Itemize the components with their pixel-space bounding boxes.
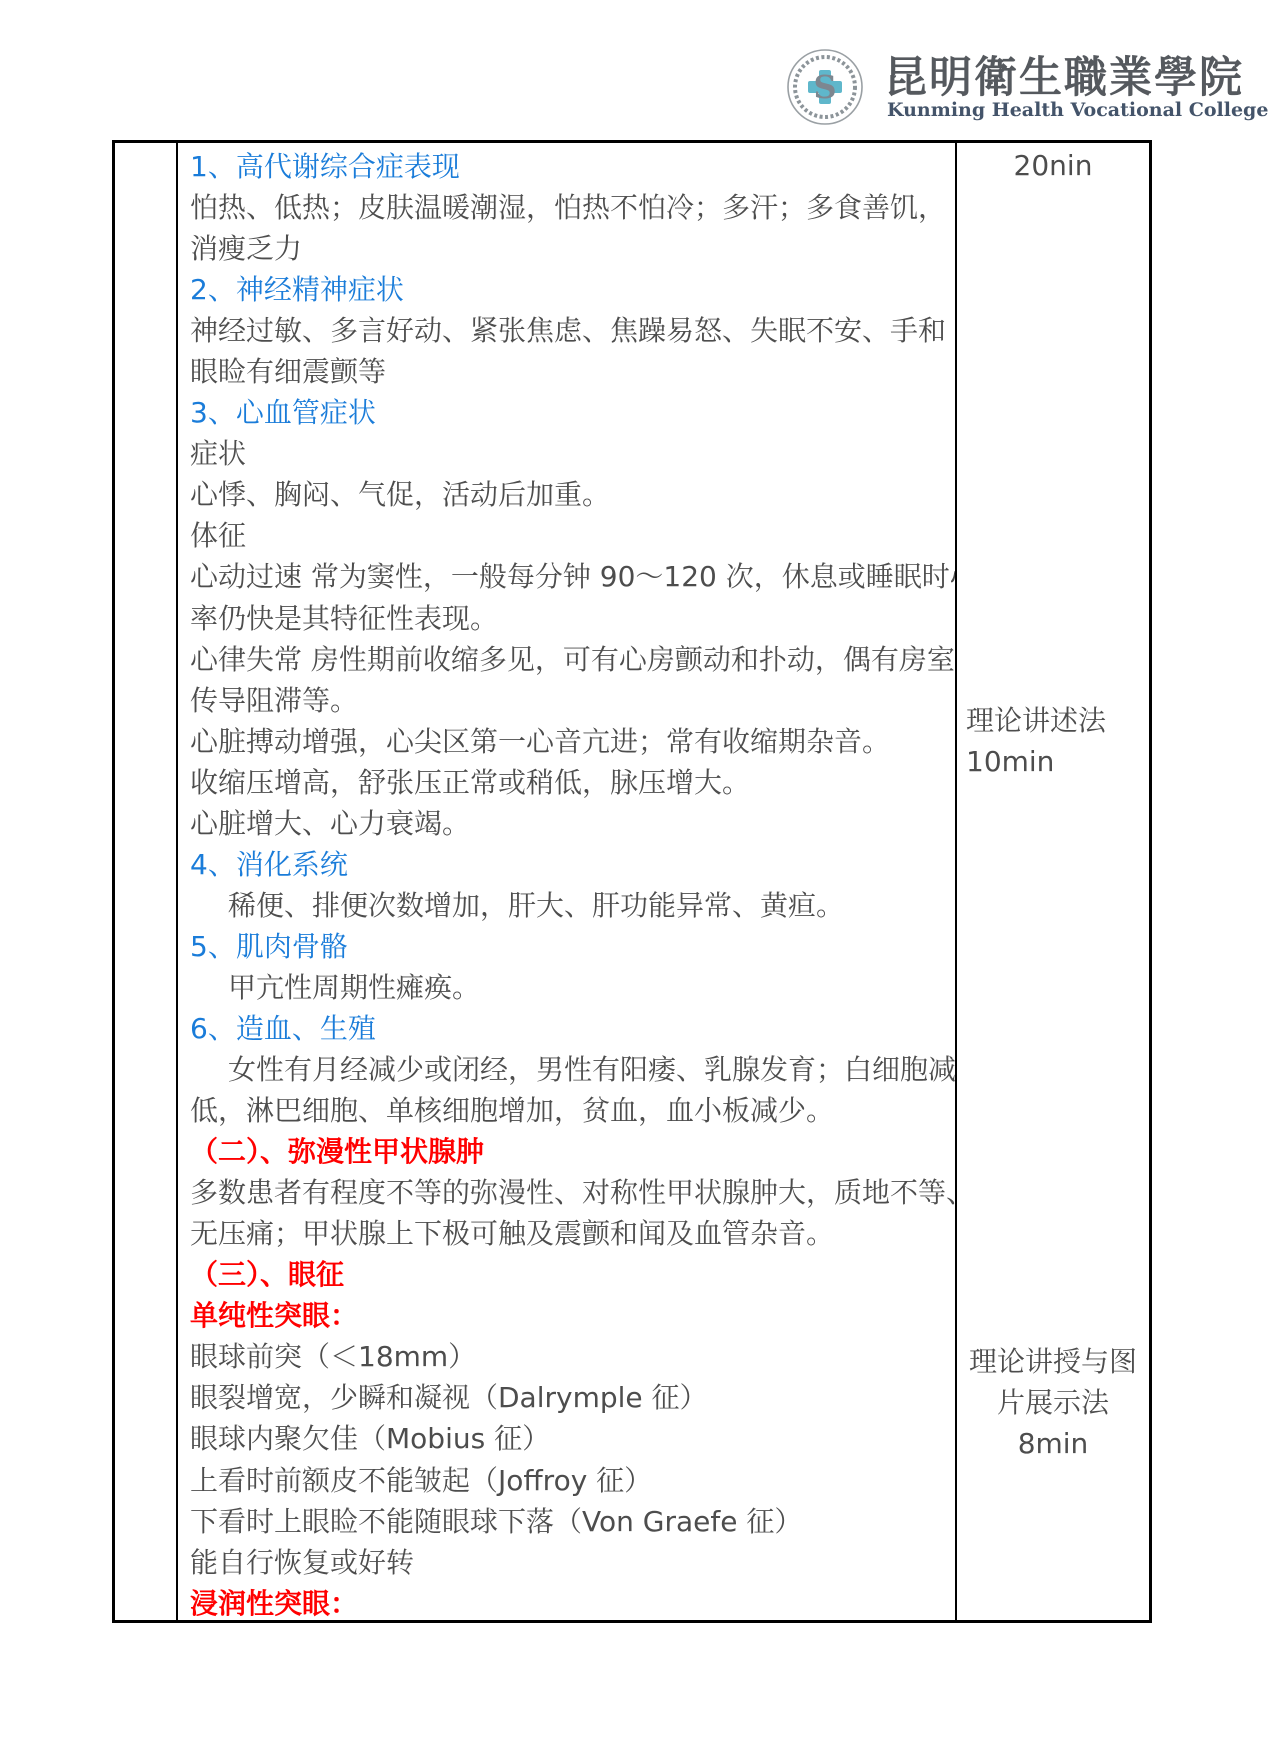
annotation-line: 理论讲述法 [966, 700, 1149, 741]
annotation-line: 10min [966, 741, 1149, 782]
content-line: 5、肌肉骨骼 [190, 926, 947, 967]
content-line: （二）、弥漫性甲状腺肿 [190, 1131, 947, 1172]
content-line: 眼球内聚欠佳（Mobius 征） [190, 1418, 947, 1459]
annotation-line: 20nin [957, 145, 1149, 186]
content-line: 心悸、胸闷、气促，活动后加重。 [190, 474, 947, 515]
content-line: 3、心血管症状 [190, 392, 947, 433]
content-line: 心动过速 常为窦性，一般每分钟 90～120 次，休息或睡眠时心 [190, 556, 947, 597]
content-line: 怕热、低热；皮肤温暖潮湿，怕热不怕冷；多汗；多食善饥， [190, 187, 947, 228]
method-annotation: 理论讲述法10min [957, 700, 1149, 782]
content-line: 2、神经精神症状 [190, 269, 947, 310]
content-line: 多数患者有程度不等的弥漫性、对称性甲状腺肿大，质地不等、 [190, 1172, 947, 1213]
content-lines: 1、高代谢综合症表现怕热、低热；皮肤温暖潮湿，怕热不怕冷；多汗；多食善饥，消瘦乏… [178, 143, 957, 1620]
content-line: 神经过敏、多言好动、紧张焦虑、焦躁易怒、失眠不安、手和 [190, 310, 947, 351]
content-line: 甲亢性周期性瘫痪。 [190, 967, 947, 1008]
content-line: 心脏搏动增强，心尖区第一心音亢进；常有收缩期杂音。 [190, 721, 947, 762]
annotation-line: 8min [957, 1423, 1149, 1464]
content-line: 浸润性突眼： [190, 1583, 947, 1620]
content-line: 体征 [190, 515, 947, 556]
annotation-line: 理论讲授与图 [957, 1341, 1149, 1382]
content-line: 消瘦乏力 [190, 228, 947, 269]
table-left-column [115, 143, 178, 1620]
content-line: 眼球前突（＜18mm） [190, 1336, 947, 1377]
content-line: （三）、眼征 [190, 1254, 947, 1295]
content-line: 收缩压增高，舒张压正常或稍低，脉压增大。 [190, 762, 947, 803]
content-line: 女性有月经减少或闭经，男性有阳痿、乳腺发育；白细胞减 [190, 1049, 947, 1090]
document-page: S 昆明衛生職業學院 Kunming Health Vocational Col… [0, 0, 1268, 1759]
method-annotation: 20nin [957, 145, 1149, 186]
college-seal-icon: S [786, 48, 864, 126]
content-line: 传导阻滞等。 [190, 680, 947, 721]
content-line: 心律失常 房性期前收缩多见，可有心房颤动和扑动，偶有房室 [190, 639, 947, 680]
content-line: 6、造血、生殖 [190, 1008, 947, 1049]
college-name-en: Kunming Health Vocational College [887, 99, 1268, 121]
content-line: 上看时前额皮不能皱起（Joffroy 征） [190, 1460, 947, 1501]
content-line: 低，淋巴细胞、单核细胞增加，贫血，血小板减少。 [190, 1090, 947, 1131]
content-line: 能自行恢复或好转 [190, 1542, 947, 1583]
content-line: 眼睑有细震颤等 [190, 351, 947, 392]
college-name-zh: 昆明衛生職業學院 [884, 44, 1244, 96]
lesson-plan-table: 1、高代谢综合症表现怕热、低热；皮肤温暖潮湿，怕热不怕冷；多汗；多食善饥，消瘦乏… [112, 140, 1152, 1623]
content-line: 下看时上眼睑不能随眼球下落（Von Graefe 征） [190, 1501, 947, 1542]
annotation-line: 片展示法 [957, 1382, 1149, 1423]
content-line: 率仍快是其特征性表现。 [190, 598, 947, 639]
content-line: 4、消化系统 [190, 844, 947, 885]
annotations-cell: 20nin理论讲述法10min理论讲授与图片展示法8min [957, 143, 1149, 1620]
svg-text:S: S [813, 68, 836, 106]
content-line: 无压痛；甲状腺上下极可触及震颤和闻及血管杂音。 [190, 1213, 947, 1254]
content-line: 单纯性突眼： [190, 1295, 947, 1336]
content-line: 心脏增大、心力衰竭。 [190, 803, 947, 844]
content-line: 稀便、排便次数增加，肝大、肝功能异常、黄疸。 [190, 885, 947, 926]
content-line: 眼裂增宽，少瞬和凝视（Dalrymple 征） [190, 1377, 947, 1418]
content-line: 1、高代谢综合症表现 [190, 146, 947, 187]
method-annotation: 理论讲授与图片展示法8min [957, 1341, 1149, 1464]
page-header: S 昆明衛生職業學院 Kunming Health Vocational Col… [0, 0, 1268, 140]
content-line: 症状 [190, 433, 947, 474]
